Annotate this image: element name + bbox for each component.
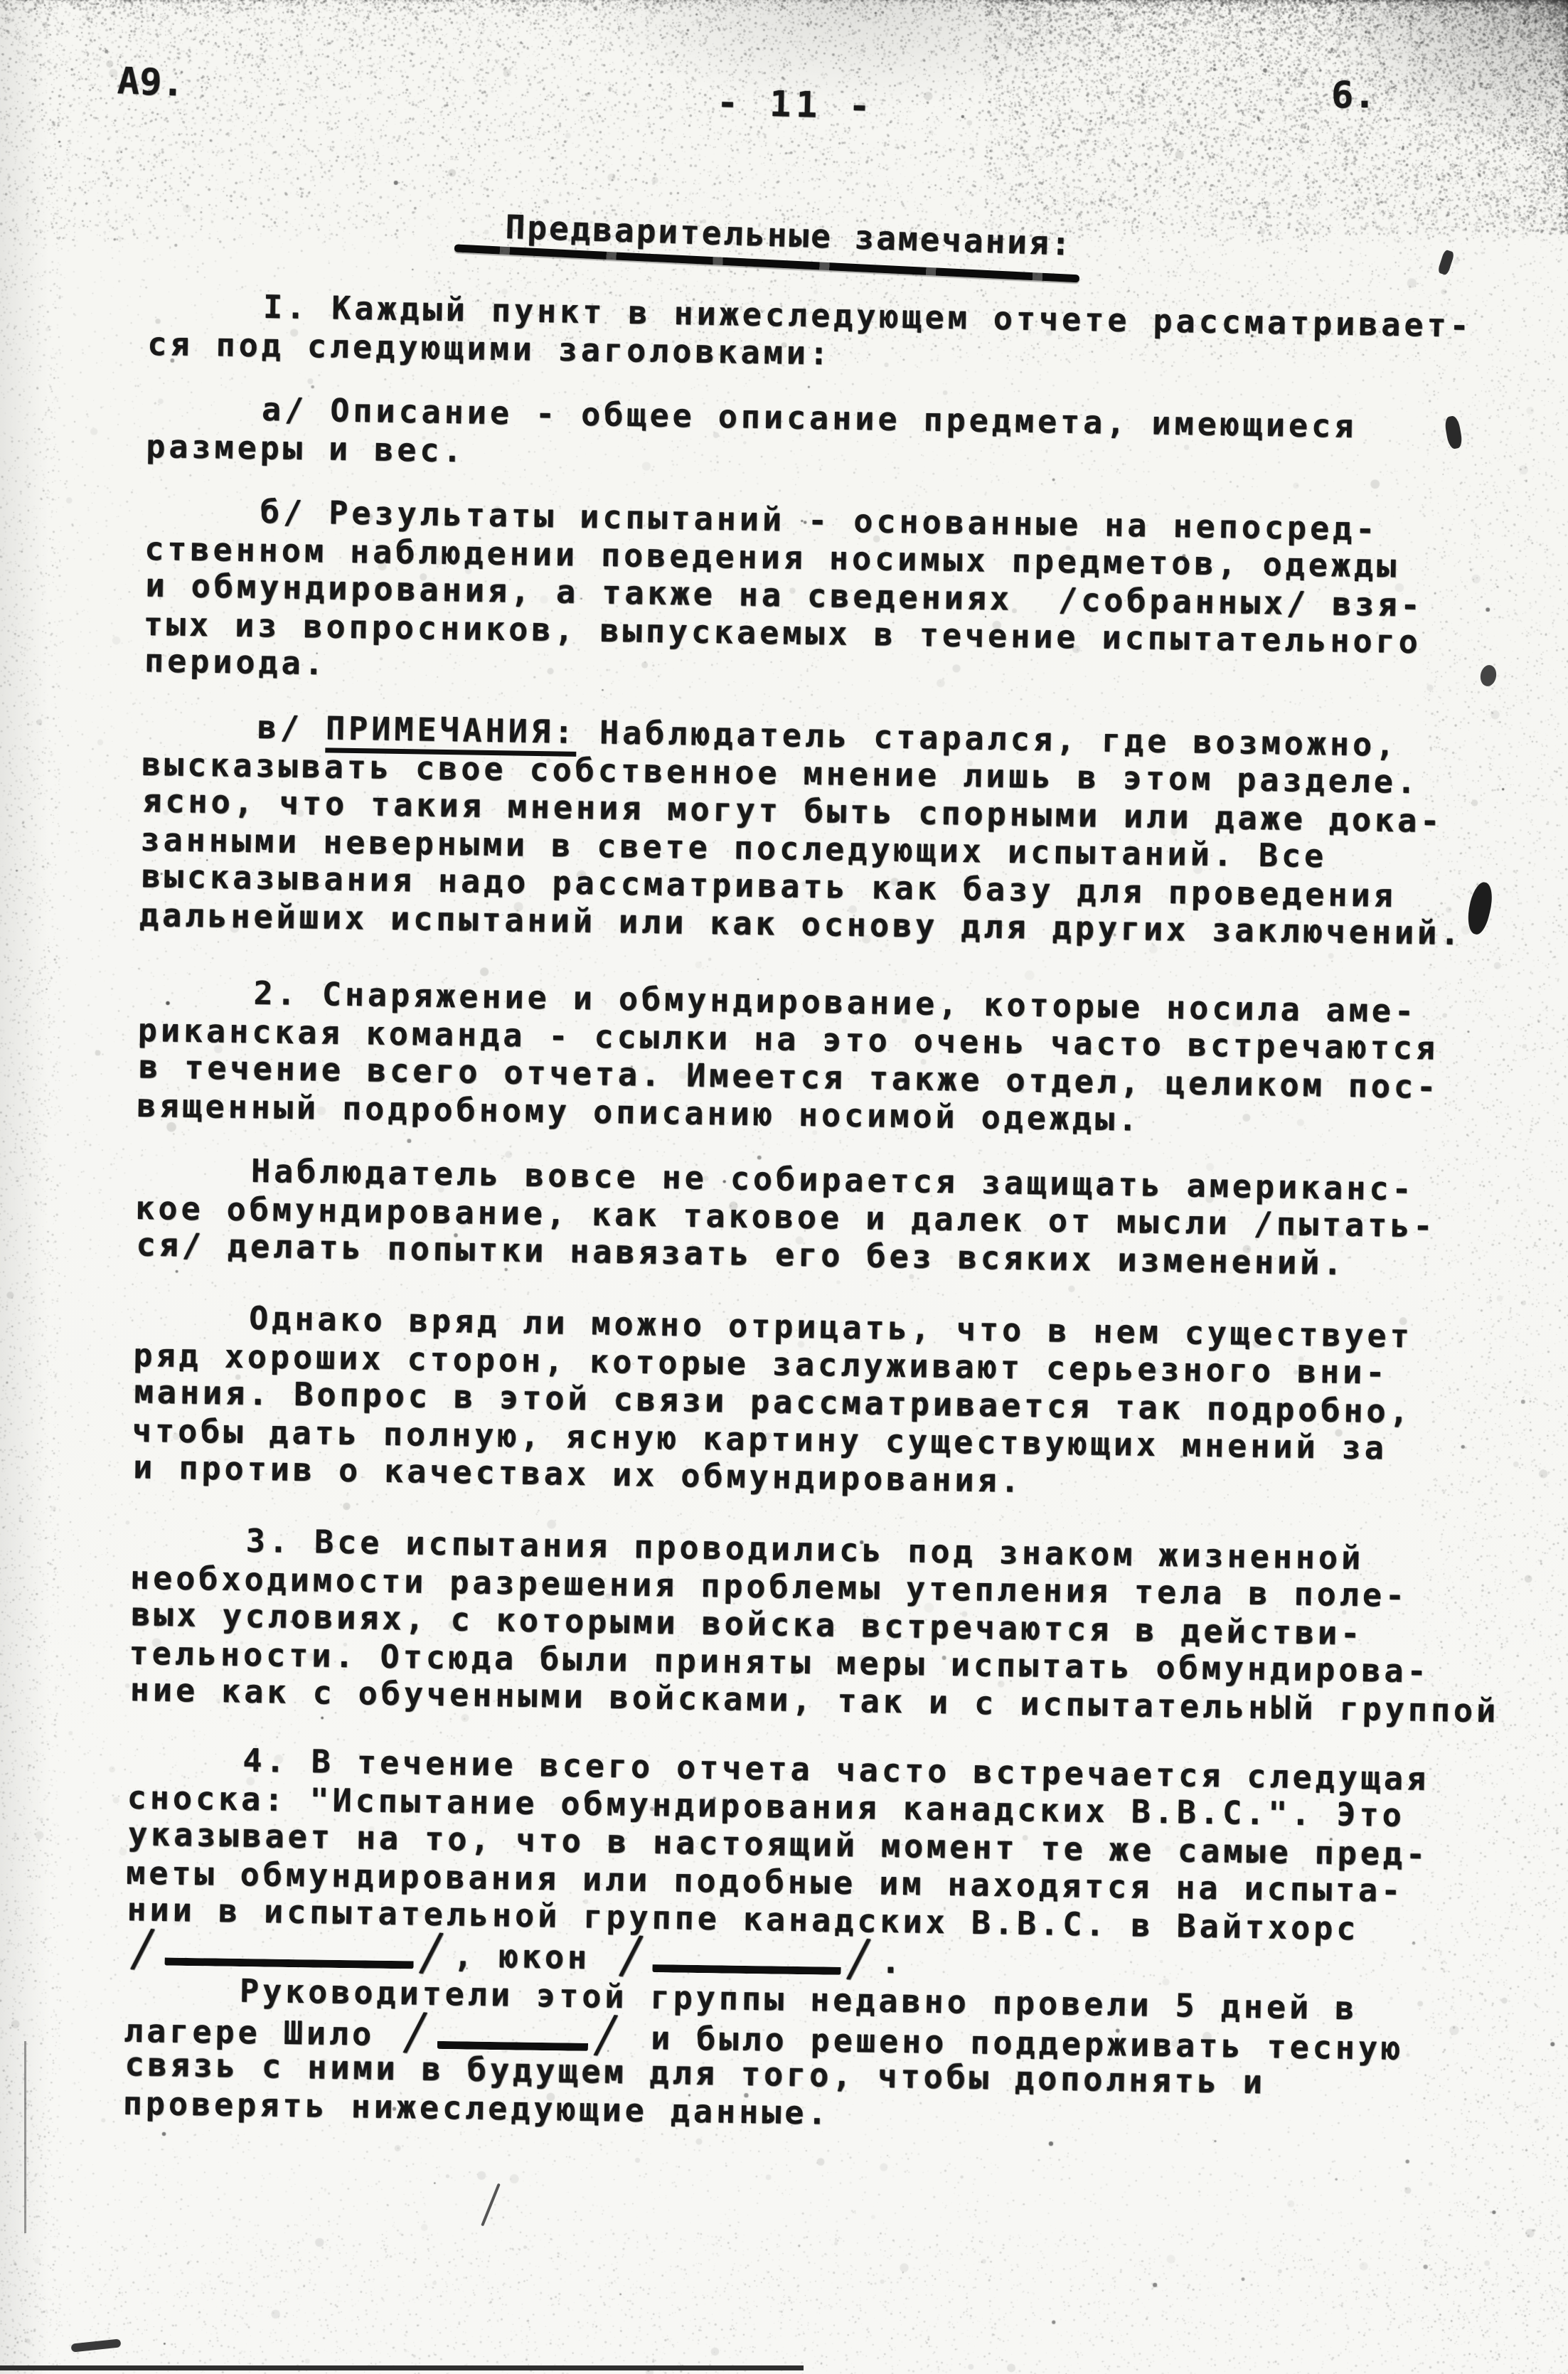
paragraph: 3. Все испытания проводились под знаком … (129, 1521, 1483, 1729)
blank-underline (437, 2033, 588, 2051)
document-content: Предварительные замечания: I. Каждый пун… (122, 208, 1500, 2141)
paragraph: 4. В течение всего отчета часто встречае… (124, 1741, 1478, 1986)
handwritten-slash: / (417, 1927, 450, 1978)
page-annotation-right: 6. (1331, 74, 1376, 117)
paragraph: в/ ПРИМЕЧАНИЯ: Наблюдатель старался, где… (139, 708, 1493, 952)
blank-underline (653, 1956, 841, 1975)
blank-underline (164, 1949, 413, 1969)
scratch-line (24, 2041, 26, 2233)
scanned-page: А9. - 11 - 6. Предварительные замечания:… (0, 0, 1568, 2374)
paragraph: Руководители этой группы недавно провели… (122, 1971, 1476, 2141)
paragraph: б/ Результаты испытаний - основанные на … (143, 492, 1497, 700)
paragraph: а/ Описание - общее описание предмета, и… (146, 390, 1498, 484)
handwritten-slash: / (128, 1923, 161, 1974)
document-body: I. Каждый пункт в нижеследующем отчете р… (122, 287, 1499, 2141)
page-edge-shadow (0, 2365, 804, 2370)
text-segment: в/ (257, 708, 326, 747)
handwritten-slash: / (616, 1930, 649, 1981)
paragraph: 2. Снаряжение и обмундирование, которые … (137, 974, 1490, 1144)
page-annotation-left: А9. (117, 60, 185, 105)
text-segment: . (881, 1943, 905, 1981)
paragraph: Однако вряд ли можно отрицать, что в нем… (132, 1299, 1486, 1506)
text-segment: , юкон (453, 1937, 613, 1976)
paragraph: Наблюдатель вовсе не собирается защищать… (134, 1151, 1487, 1284)
paragraph: I. Каждый пункт в нижеследующем отчете р… (147, 287, 1499, 382)
handwritten-slash: / (591, 2010, 624, 2060)
handwritten-slash: / (844, 1933, 878, 1984)
text-segment: ПРИМЕЧАНИЯ: (326, 709, 577, 757)
page-number: - 11 - (716, 82, 875, 127)
